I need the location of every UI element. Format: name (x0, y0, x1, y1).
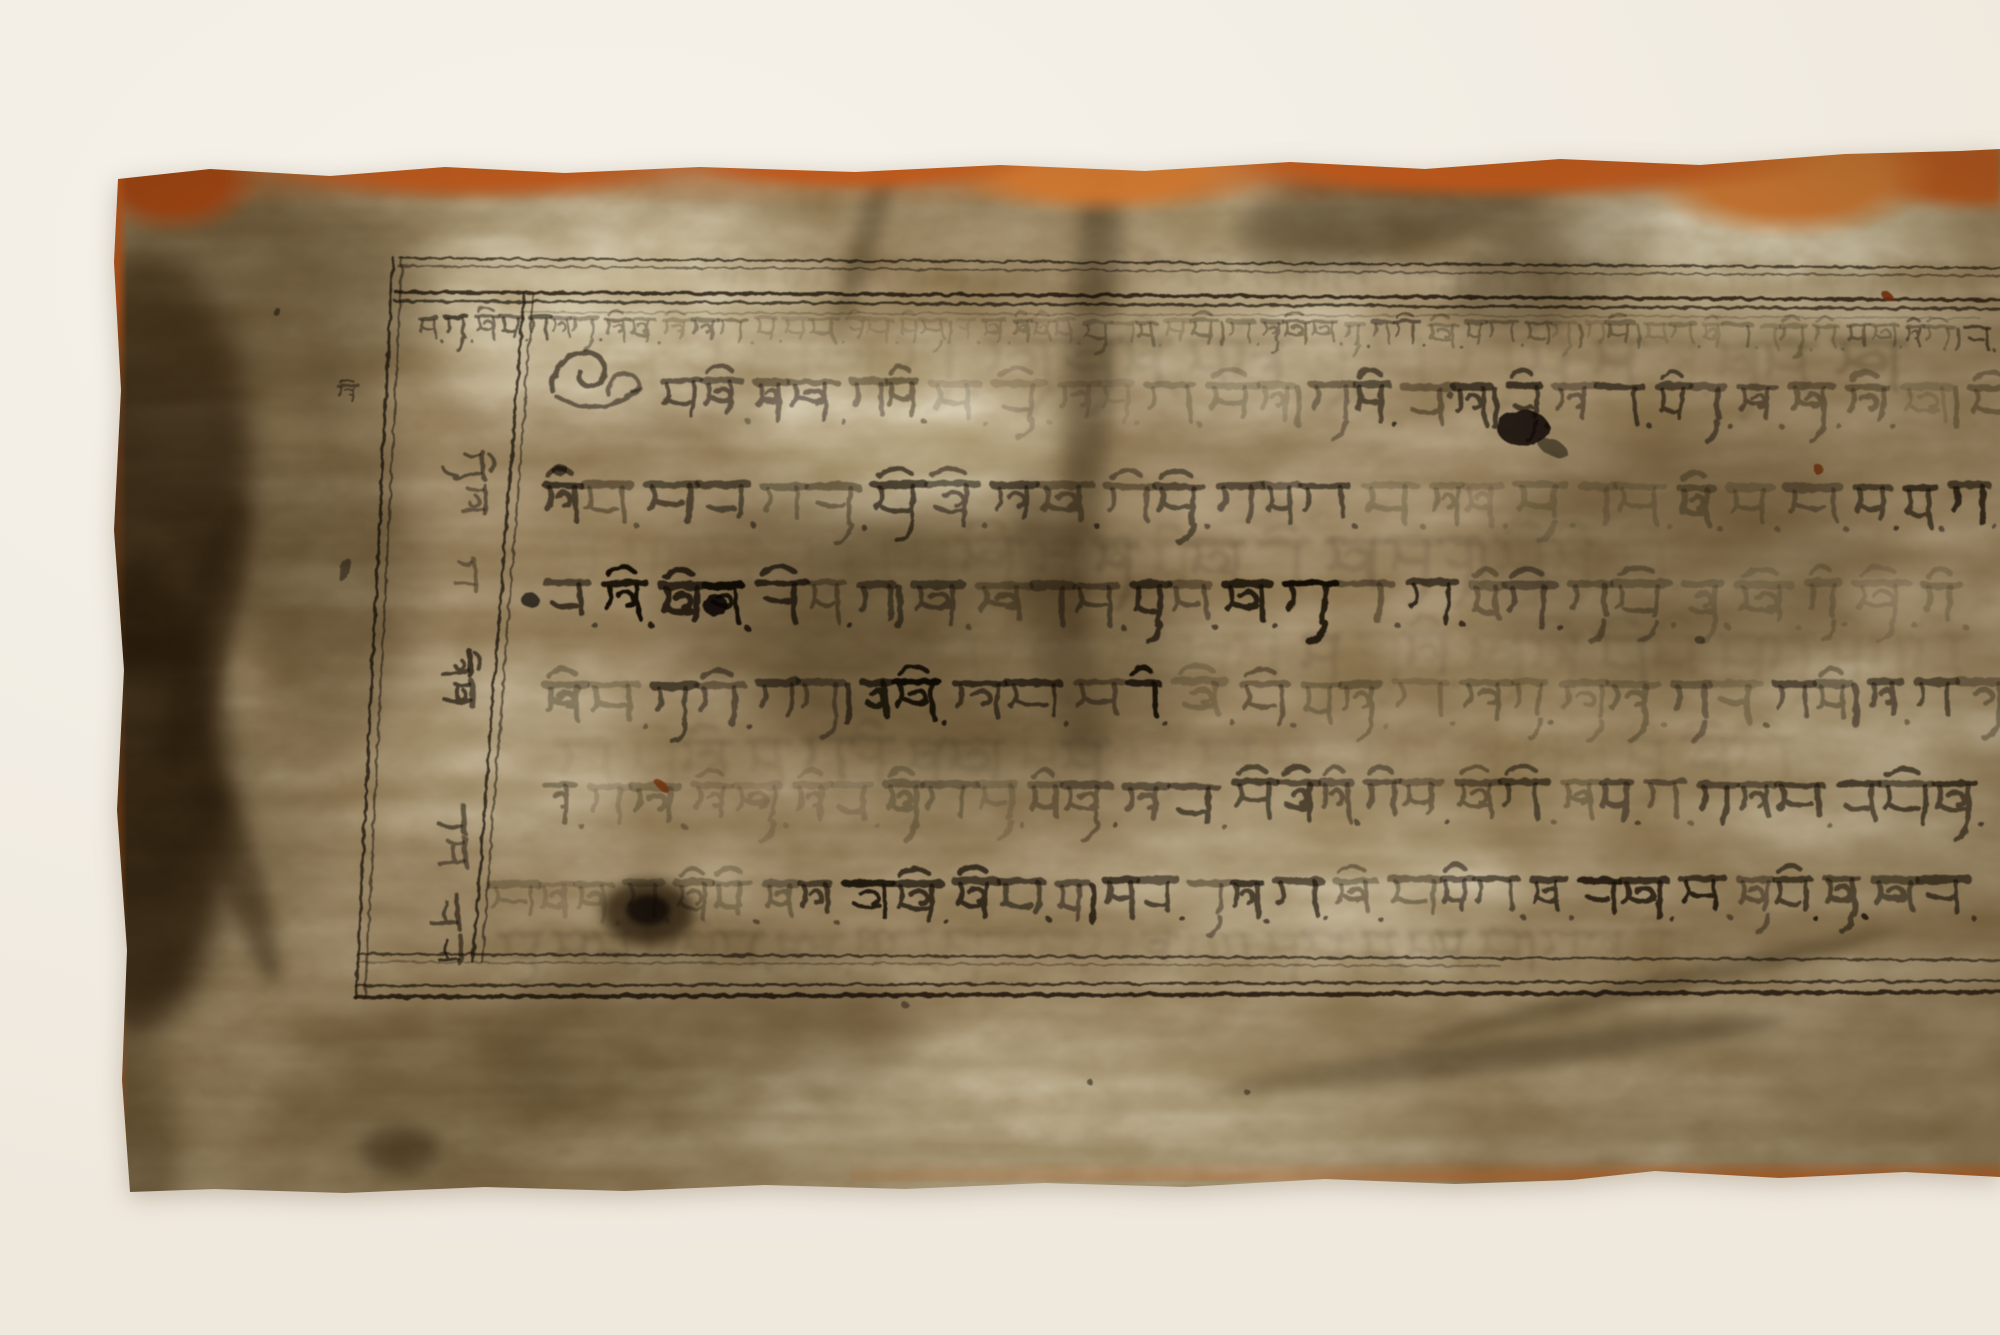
photograph-of-pecha-folio (0, 0, 2000, 1335)
speck (1695, 636, 1705, 644)
speck (1087, 1079, 1093, 1085)
speck (1813, 464, 1823, 474)
text-line-7 (490, 864, 1977, 935)
frame-rule (396, 292, 2000, 300)
yig-mgo-head-mark (552, 352, 640, 407)
frame-rule (520, 312, 1980, 318)
text-ghost-3 (880, 616, 1976, 703)
woodblock-print (0, 0, 2000, 1335)
frame-rule (356, 981, 2000, 986)
text-ghost-5 (500, 918, 1704, 984)
margin-cluster (442, 450, 498, 517)
speck (521, 593, 539, 607)
text-line-4 (545, 566, 1969, 642)
frame-rule (358, 954, 2000, 960)
frame-rule (482, 294, 533, 962)
frame-rule (395, 301, 2000, 309)
margin-cluster (441, 650, 484, 707)
frame-rule (356, 258, 393, 998)
margin-cluster (453, 559, 477, 593)
leaf-shadow-wrapper (0, 0, 2000, 1335)
text-ghost-4 (560, 721, 1805, 802)
margin-cluster (436, 805, 468, 868)
speck (703, 594, 727, 616)
speck (1446, 392, 1454, 398)
speck (273, 308, 281, 316)
frame-rule (473, 294, 524, 962)
outside-frame-mark (338, 380, 359, 403)
speck (901, 1002, 909, 1008)
pecha-leaf (0, 0, 2000, 1335)
frame-rule (365, 258, 402, 998)
speck (1244, 1089, 1250, 1095)
frame-rule (357, 962, 1500, 966)
speck (552, 464, 568, 476)
text-line-6 (545, 766, 1984, 840)
speck (336, 557, 354, 583)
frame-rule (355, 992, 2000, 997)
